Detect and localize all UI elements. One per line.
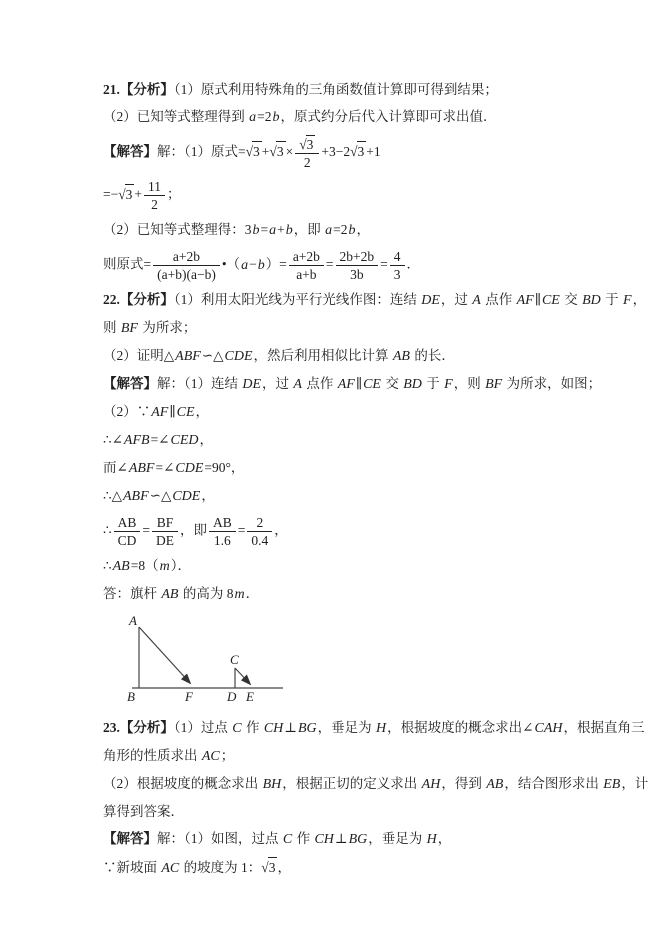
vertex-label-A: A <box>128 613 137 628</box>
line-22-solve-3: ∴∠AFB=∠CED， <box>103 430 602 451</box>
line-22-answer: 答：旗杆 AB 的高为 8m． <box>103 584 602 605</box>
line-23-solve-2: ∵新坡面 AC 的坡度为 1：√3， <box>103 857 602 879</box>
similar-triangles-figure: A B F C D E <box>111 612 307 704</box>
document-page: 21.【分析】（1）原式利用特殊角的三角函数值计算即可得到结果；（2）已知等式整… <box>0 0 660 933</box>
vertex-label-B: B <box>127 689 135 704</box>
vertex-label-E: E <box>245 689 254 704</box>
line-23-analysis-1: 23.【分析】（1）过点 C 作 CH⊥BG，垂足为 H，根据坡度的概念求出∠C… <box>103 718 602 739</box>
line-22-solve-6: ∴ABCD=BFDE，即AB1.6=20.4， <box>103 514 602 549</box>
ray-C-to-E <box>235 668 250 684</box>
line-22-solve-2: （2）∵AF∥CE， <box>103 402 602 423</box>
solutions-block-23: 23.【分析】（1）过点 C 作 CH⊥BG，垂足为 H，根据坡度的概念求出∠C… <box>103 718 602 879</box>
line-21-solve-1: 【解答】解：（1）原式=√3+√3×√32+3−2√3+1 <box>103 135 602 171</box>
line-22-solve-4: 而∠ABF=∠CDE=90°， <box>103 458 602 479</box>
vertex-label-C: C <box>230 652 239 667</box>
line-22-solve-5: ∴△ABF∽△CDE， <box>103 486 602 507</box>
line-21-solve-3: （2）已知等式整理得：3b=a+b，即 a=2b， <box>103 220 602 241</box>
vertex-label-F: F <box>184 689 194 704</box>
figure-problem-22: A B F C D E <box>111 612 602 708</box>
line-23-solve-1: 【解答】解：（1）如图，过点 C 作 CH⊥BG，垂足为 H， <box>103 829 602 850</box>
line-23-analysis-2: 角形的性质求出 AC； <box>103 746 602 767</box>
line-21-solve-4: 则原式=a+2b(a+b)(a−b)•（a−b）=a+2ba+b=2b+2b3b… <box>103 248 602 283</box>
document-body: 21.【分析】（1）原式利用特殊角的三角函数值计算即可得到结果；（2）已知等式整… <box>0 0 660 879</box>
line-21-analysis-2: （2）已知等式整理得到 a=2b，原式约分后代入计算即可求出值． <box>103 107 602 128</box>
solutions-block-21-22: 21.【分析】（1）原式利用特殊角的三角函数值计算即可得到结果；（2）已知等式整… <box>103 80 602 605</box>
line-23-analysis-4: 算得到答案． <box>103 802 602 822</box>
line-22-analysis-1: 22.【分析】（1）利用太阳光线为平行光线作图：连结 DE，过 A 点作 AF∥… <box>103 290 602 311</box>
line-21-analysis-1: 21.【分析】（1）原式利用特殊角的三角函数值计算即可得到结果； <box>103 80 602 100</box>
line-22-analysis-3: （2）证明△ABF∽△CDE，然后利用相似比计算 AB 的长． <box>103 346 602 367</box>
line-22-solve-7: ∴AB=8（m）． <box>103 556 602 577</box>
vertex-label-D: D <box>226 689 237 704</box>
line-21-solve-2: =−√3+112； <box>103 178 602 213</box>
line-22-solve-1: 【解答】解：（1）连结 DE，过 A 点作 AF∥CE 交 BD 于 F，则 B… <box>103 374 602 395</box>
line-23-analysis-3: （2）根据坡度的概念求出 BH，根据正切的定义求出 AH，得到 AB，结合图形求… <box>103 774 602 795</box>
ray-A-to-F <box>139 627 190 683</box>
line-22-analysis-2: 则 BF 为所求； <box>103 318 602 339</box>
